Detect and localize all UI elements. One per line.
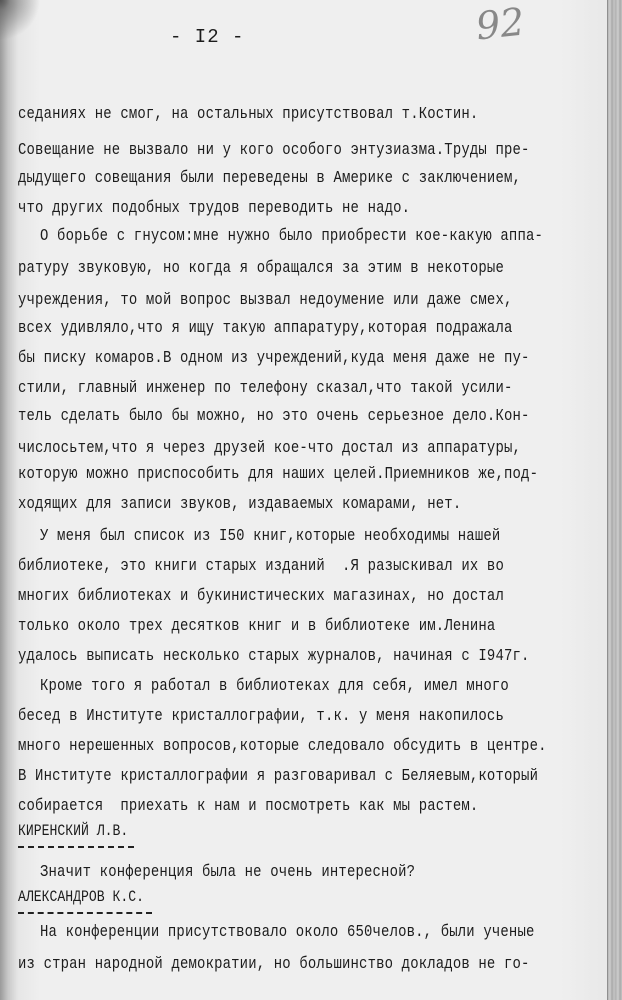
text-line: бесед в Институте кристаллографии, т.к. … bbox=[18, 706, 504, 726]
text-line: многих библиотеках и букинистических маг… bbox=[18, 586, 504, 606]
text-line: дыдущего совещания были переведены в Аме… bbox=[18, 168, 521, 188]
typewritten-page: - I2 - 92 седаниях не смог, на остальных… bbox=[0, 0, 622, 1000]
text-line: много нерешенных вопросов,которые следов… bbox=[18, 736, 547, 756]
text-line: числосьтем,что я через друзей кое-что до… bbox=[18, 438, 521, 458]
scan-shadow bbox=[0, 0, 60, 60]
binding-edge bbox=[607, 0, 622, 1000]
text-line: бы писку комаров.В одном из учреждений,к… bbox=[18, 348, 530, 368]
text-line: всех удивляло,что я ищу такую аппаратуру… bbox=[18, 318, 513, 338]
text-line: которую можно приспособить для наших цел… bbox=[18, 464, 538, 484]
text-line: что других подобных трудов переводить не… bbox=[18, 198, 410, 218]
text-line: О борьбе с гнусом:мне нужно было приобре… bbox=[40, 226, 543, 246]
speaker-underline bbox=[18, 846, 134, 848]
text-line: У меня был список из I50 книг,которые не… bbox=[40, 526, 500, 546]
text-line: седаниях не смог, на остальных присутств… bbox=[18, 104, 478, 124]
text-line: собирается приехать к нам и посмотреть к… bbox=[18, 796, 478, 816]
text-line: библиотеке, это книги старых изданий .Я … bbox=[18, 556, 504, 576]
text-line: учреждения, то мой вопрос вызвал недоуме… bbox=[18, 290, 513, 310]
page-number: - I2 - bbox=[170, 26, 244, 48]
text-line: ратуру звуковую, но когда я обращался за… bbox=[18, 258, 504, 278]
answer-line: На конференции присутствовало около 650ч… bbox=[40, 922, 535, 942]
speaker-underline bbox=[18, 912, 152, 914]
text-line: Кроме того я работал в библиотеках для с… bbox=[40, 676, 509, 696]
text-line: Совещание не вызвало ни у кого особого э… bbox=[18, 140, 530, 160]
speaker-name: АЛЕКСАНДРОВ К.С. bbox=[18, 888, 144, 906]
text-line: ходящих для записи звуков, издаваемых ко… bbox=[18, 494, 461, 514]
question-text: Значит конференция была не очень интерес… bbox=[40, 862, 415, 882]
answer-line: из стран народной демократии, но большин… bbox=[18, 954, 530, 974]
text-line: удалось выписать несколько старых журнал… bbox=[18, 646, 530, 666]
text-line: стили, главный инженер по телефону сказа… bbox=[18, 378, 513, 398]
text-line: только около трех десятков книг и в библ… bbox=[18, 616, 495, 636]
text-line: В Институте кристаллографии я разговарив… bbox=[18, 766, 538, 786]
text-line: тель сделать было бы можно, но это очень… bbox=[18, 406, 530, 426]
speaker-name: КИРЕНСКИЙ Л.В. bbox=[18, 822, 128, 840]
handwritten-archive-number: 92 bbox=[474, 0, 527, 48]
